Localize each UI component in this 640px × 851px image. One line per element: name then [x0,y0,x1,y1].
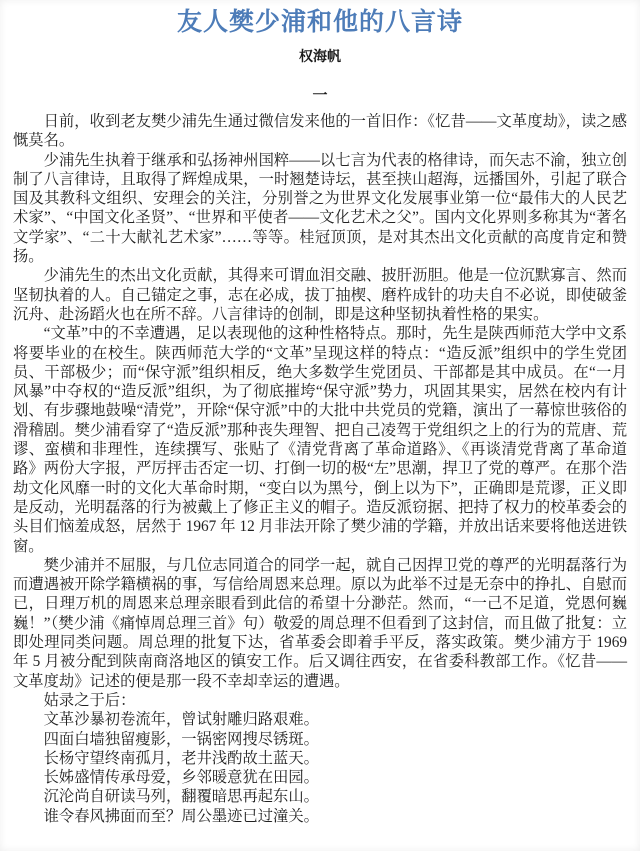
poem-line: 文革沙暴初卷流年，曾试射雕归路艰难。 [13,710,627,729]
body-paragraph: 少浦先生执着于继承和弘扬神州国粹——以七言为代表的格律诗，而矢志不渝，独立创制了… [13,151,627,267]
poem-line: 四面白墙独留瘦影，一锅密网搜尽锈斑。 [13,730,627,749]
body-paragraph: 少浦先生的杰出文化贡献，其得来可谓血泪交融、披肝沥胆。他是一位沉默寡言、然而坚韧… [13,266,627,324]
body-paragraph: 樊少浦并不屈服，与几位志同道合的同学一起，就自己因捍卫党的尊严的光明磊落行为而遭… [13,556,627,691]
poem-line: 长姊盛情传承母爱，乡邻暖意犹在田园。 [13,768,627,787]
poem-block: 文革沙暴初卷流年，曾试射雕归路艰难。 四面白墙独留瘦影，一锅密网搜尽锈斑。 长杨… [13,710,627,826]
doc-author: 权海帆 [13,49,627,67]
doc-body: 日前，收到老友樊少浦先生通过微信发来他的一首旧作：《忆昔——文革度劫》，读之感慨… [13,112,627,826]
body-paragraph: “文革”中的不幸遭遇，足以表现他的这种性格特点。那时，先生是陕西师范大学中文系将… [13,324,627,556]
poem-line: 谁令春风拂面而至？周公墨迹已过潼关。 [13,807,627,826]
section-marker: 一 [13,88,627,104]
body-paragraph: 日前，收到老友樊少浦先生通过微信发来他的一首旧作：《忆昔——文革度劫》，读之感慨… [13,112,627,151]
document-page: 友人樊少浦和他的八言诗 权海帆 一 日前，收到老友樊少浦先生通过微信发来他的一首… [0,0,640,851]
poem-line: 长杨守望终南孤月，老井浅酌故土蓝天。 [13,749,627,768]
body-paragraph: 姑录之于后： [13,691,627,710]
doc-title: 友人樊少浦和他的八言诗 [13,0,627,39]
poem-line: 沉沦尚自研读马列，翻覆暗思再起东山。 [13,787,627,806]
